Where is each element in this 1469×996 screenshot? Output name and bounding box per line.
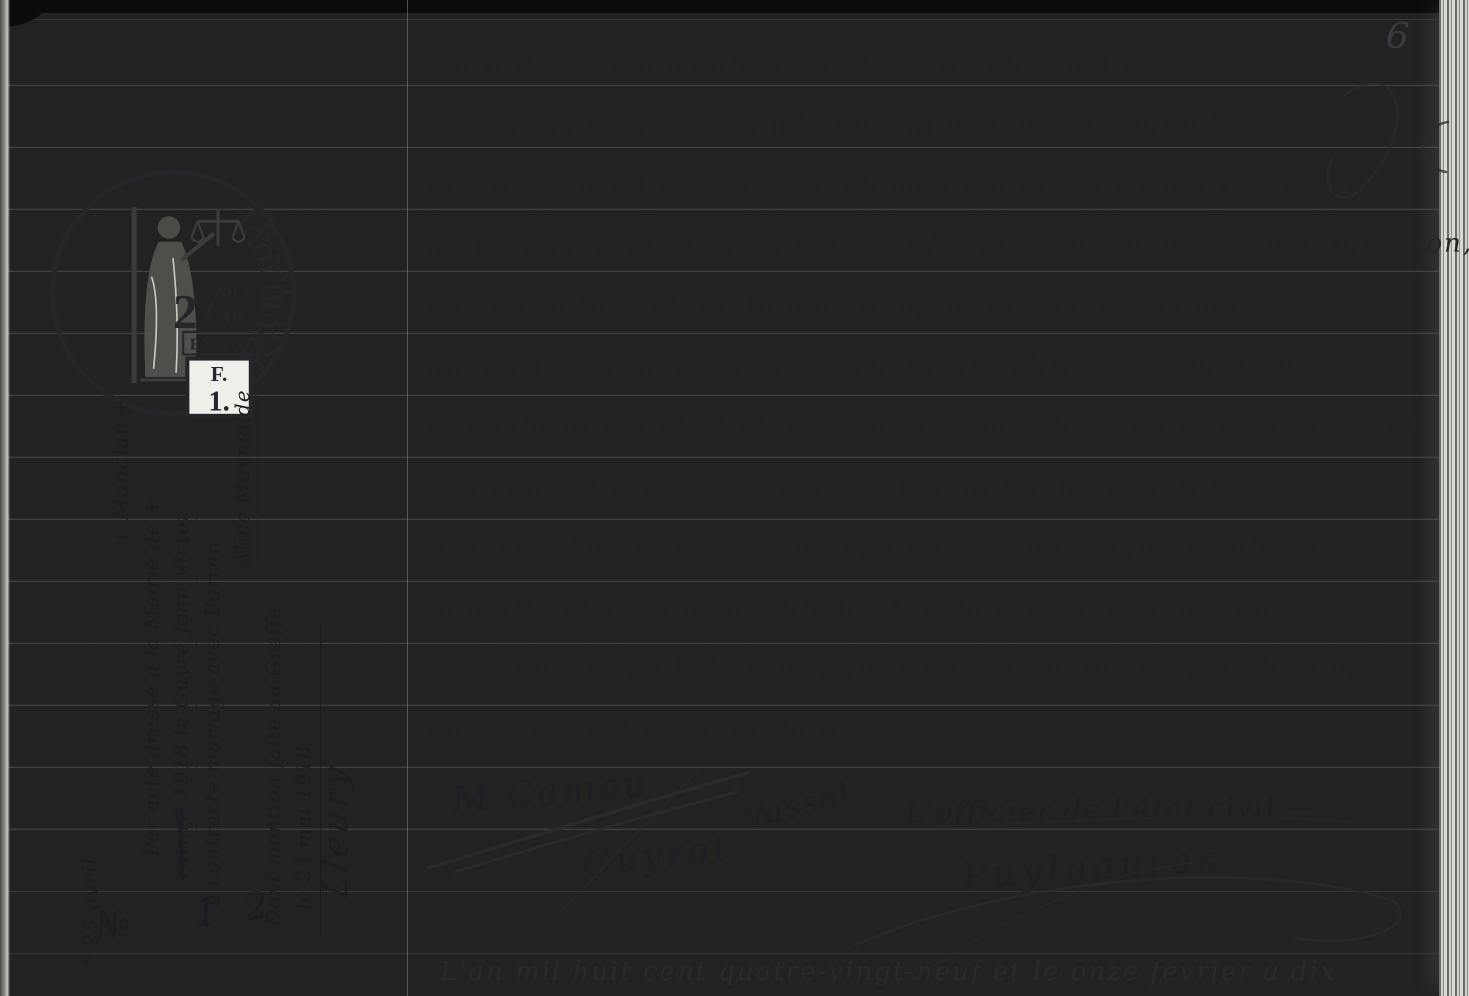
stamp-value-frac: 10 <box>222 307 242 329</box>
revenue-stamp: RÉPUBLIQUE FRANÇAISE 2 MES 10 EN SUS <box>44 164 302 422</box>
stamp-box-franc: F. <box>211 362 228 386</box>
registry-page-scan: 6 RÉPUBLIQUE FRANÇAISE 2 <box>0 0 1469 996</box>
officer-title: L'officier de l'état civil — <box>905 789 1318 829</box>
act-line: du sexe masculin, né en son domicile hie… <box>423 171 1428 231</box>
margin-note-text: 1918 le Guyré Jean Victor <box>169 511 193 798</box>
act-line: de lui déclarant et de Robert Catherine,… <box>423 229 1428 294</box>
margin-date-insert: * 25 avril <box>76 409 106 966</box>
scan-top-edge <box>0 0 1469 13</box>
act-line: donner les prénoms de Jean Victor. Les d… <box>423 350 1428 415</box>
next-act-opening-line: L'an mil huit cent quatre-vingt-neuf et … <box>440 957 1336 987</box>
act-line: médecin-vétérinaire, âgé de cinquante-ne… <box>423 471 1428 536</box>
act-line: quarante-cinq ans, demeurant au lieu de … <box>423 50 1428 110</box>
act-line: demeurant avec lui et auquel enfant il a… <box>423 292 1428 352</box>
act-line: en cette commune, lequel nous a présenté… <box>423 108 1428 173</box>
margin-note-row: Dont mention faite au Greffe <box>258 409 288 926</box>
margin-note-signature: Lleury <box>321 409 355 984</box>
stamp-value-sup: MES <box>220 287 249 302</box>
margin-note-row: a contracté mariage avec Barran <box>197 409 227 906</box>
stamp-ensus-label: EN SUS <box>190 334 253 353</box>
margin-note-row: Par acte dressé à la Mairie de + <box>136 409 166 856</box>
act-line: François Vassal tisserand, âgé de cinqua… <box>423 533 1428 593</box>
act-line: l'un et l'autre dans la ville de Monclar… <box>423 591 1428 656</box>
officer-signature: Puylgauras <box>961 837 1223 898</box>
act-line: avec nous et le déclarant le présent act… <box>423 654 1428 714</box>
margin-note-text: Alice Mayneude <box>227 389 258 566</box>
margin-place-insert: + Monclar + <box>106 409 136 546</box>
act-line: après que lecture a été faite. <box>423 712 1428 777</box>
act-line: et déclaration ont été faites en présenc… <box>423 412 1428 472</box>
stamp-value-2: 2 <box>173 284 198 339</box>
margin-rule-line <box>407 0 408 996</box>
declarant-signature: Guyrot <box>580 827 734 886</box>
book-binding-edge <box>1439 0 1469 996</box>
act-body-text: quarante-cinq ans, demeurant au lieu de … <box>423 50 1428 775</box>
struck-out-word: raturé <box>169 808 193 878</box>
witness-signature-vassal: Vassal <box>739 775 855 837</box>
page-left-edge <box>0 0 10 996</box>
